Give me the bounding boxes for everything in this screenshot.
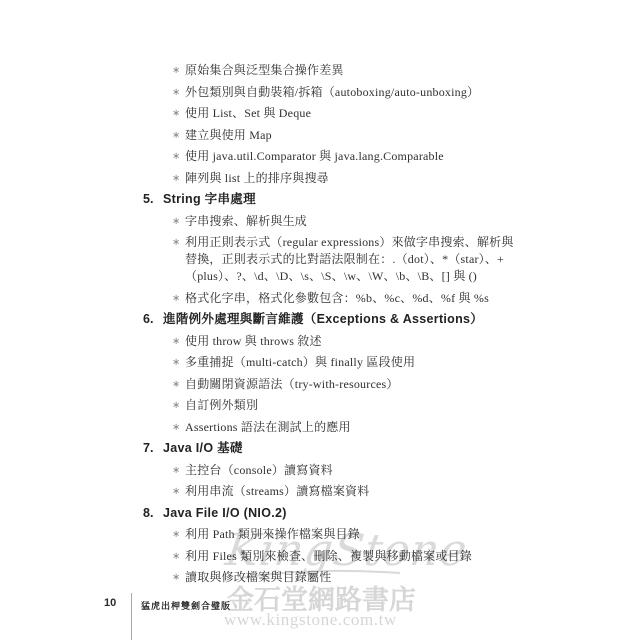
intro-bullet-list: ∗ 原始集合與泛型集合操作差異 ∗ 外包類別與自動裝箱/拆箱（autoboxin… [143,62,515,187]
footer-book-title: 猛虎出柙雙劍合璧版 [141,599,231,612]
bullet-label: 使用 java.util.Comparator 與 java.lang.Comp… [185,148,515,165]
section-number: 8. [143,505,163,522]
bullet-label: 主控台（console）讀寫資料 [185,462,515,479]
bullet-label: 使用 throw 與 throws 敘述 [185,333,515,350]
section-heading: 8. Java File I/O (NIO.2) [143,505,515,522]
section-exceptions: 6. 進階例外處理與斷言維護（Exceptions & Assertions） … [143,311,515,436]
bullet-icon: ∗ [172,376,185,393]
list-item: ∗ 讀取與修改檔案與目錄屬性 [172,569,515,586]
section-number: 7. [143,440,163,457]
list-item: ∗ 利用串流（streams）讀寫檔案資料 [172,483,515,500]
bullet-icon: ∗ [172,462,185,479]
list-item: ∗ Assertions 語法在測試上的應用 [172,419,515,436]
section-bullet-list: ∗ 字串搜索、解析與生成 ∗ 利用正則表示式（regular expressio… [143,213,515,307]
list-item: ∗ 自訂例外類別 [172,397,515,414]
list-item: ∗ 陣列與 list 上的排序與搜尋 [172,170,515,187]
section-number: 5. [143,191,163,208]
section-java-io: 7. Java I/O 基礎 ∗ 主控台（console）讀寫資料 ∗ 利用串流… [143,440,515,500]
list-item: ∗ 多重捕捉（multi-catch）與 finally 區段使用 [172,354,515,371]
section-java-file-io: 8. Java File I/O (NIO.2) ∗ 利用 Path 類別來操作… [143,505,515,587]
bullet-icon: ∗ [172,419,185,436]
bullet-label: 格式化字串，格式化參數包含：%b、%c、%d、%f 與 %s [185,290,515,307]
bullet-icon: ∗ [172,105,185,122]
section-bullet-list: ∗ 利用 Path 類別來操作檔案與目錄 ∗ 利用 Files 類別來檢查、刪除… [143,526,515,586]
bullet-icon: ∗ [172,483,185,500]
bullet-icon: ∗ [172,333,185,350]
bullet-label: 建立與使用 Map [185,127,515,144]
list-item: ∗ 使用 List、Set 與 Deque [172,105,515,122]
bullet-icon: ∗ [172,354,185,371]
list-item: ∗ 字串搜索、解析與生成 [172,213,515,230]
section-number: 6. [143,311,163,328]
bullet-label: 原始集合與泛型集合操作差異 [185,62,515,79]
bullet-label: Assertions 語法在測試上的應用 [185,419,515,436]
page-number: 10 [104,597,126,609]
bullet-icon: ∗ [172,62,185,79]
footer-divider [131,593,132,640]
list-item: ∗ 利用 Path 類別來操作檔案與目錄 [172,526,515,543]
section-heading: 6. 進階例外處理與斷言維護（Exceptions & Assertions） [143,311,515,328]
list-item: ∗ 建立與使用 Map [172,127,515,144]
list-item: ∗ 自動關閉資源語法（try-with-resources） [172,376,515,393]
bullet-icon: ∗ [172,569,185,586]
bullet-label: 讀取與修改檔案與目錄屬性 [185,569,515,586]
bullet-icon: ∗ [172,526,185,543]
bullet-icon: ∗ [172,170,185,187]
page-footer: 10 猛虎出柙雙劍合璧版 [0,593,640,640]
bullet-icon: ∗ [172,397,185,414]
bullet-icon: ∗ [172,234,185,285]
list-item: ∗ 使用 java.util.Comparator 與 java.lang.Co… [172,148,515,165]
bullet-icon: ∗ [172,213,185,230]
bullet-label: 利用 Path 類別來操作檔案與目錄 [185,526,515,543]
bullet-icon: ∗ [172,290,185,307]
bullet-label: 外包類別與自動裝箱/拆箱（autoboxing/auto-unboxing） [185,84,515,101]
bullet-label: 陣列與 list 上的排序與搜尋 [185,170,515,187]
list-item: ∗ 主控台（console）讀寫資料 [172,462,515,479]
list-item: ∗ 利用 Files 類別來檢查、刪除、複製與移動檔案或目錄 [172,548,515,565]
bullet-icon: ∗ [172,84,185,101]
section-title: Java I/O 基礎 [163,440,515,457]
section-title: String 字串處理 [163,191,515,208]
list-item: ∗ 利用正則表示式（regular expressions）來做字串搜索、解析與… [172,234,515,285]
section-heading: 5. String 字串處理 [143,191,515,208]
bullet-label: 使用 List、Set 與 Deque [185,105,515,122]
section-bullet-list: ∗ 主控台（console）讀寫資料 ∗ 利用串流（streams）讀寫檔案資料 [143,462,515,501]
section-string: 5. String 字串處理 ∗ 字串搜索、解析與生成 ∗ 利用正則表示式（re… [143,191,515,307]
bullet-label: 字串搜索、解析與生成 [185,213,515,230]
section-title: 進階例外處理與斷言維護（Exceptions & Assertions） [163,311,515,328]
bullet-label: 利用串流（streams）讀寫檔案資料 [185,483,515,500]
section-bullet-list: ∗ 使用 throw 與 throws 敘述 ∗ 多重捕捉（multi-catc… [143,333,515,436]
list-item: ∗ 使用 throw 與 throws 敘述 [172,333,515,350]
bullet-icon: ∗ [172,548,185,565]
bullet-label: 利用 Files 類別來檢查、刪除、複製與移動檔案或目錄 [185,548,515,565]
section-heading: 7. Java I/O 基礎 [143,440,515,457]
bullet-label: 自動關閉資源語法（try-with-resources） [185,376,515,393]
section-title: Java File I/O (NIO.2) [163,505,515,522]
bullet-label: 自訂例外類別 [185,397,515,414]
outline-content: ∗ 原始集合與泛型集合操作差異 ∗ 外包類別與自動裝箱/拆箱（autoboxin… [143,62,515,591]
bullet-label: 多重捕捉（multi-catch）與 finally 區段使用 [185,354,515,371]
bullet-icon: ∗ [172,148,185,165]
list-item: ∗ 格式化字串，格式化參數包含：%b、%c、%d、%f 與 %s [172,290,515,307]
bullet-label: 利用正則表示式（regular expressions）來做字串搜索、解析與替換… [185,234,515,285]
book-page: ∗ 原始集合與泛型集合操作差異 ∗ 外包類別與自動裝箱/拆箱（autoboxin… [0,0,640,640]
bullet-icon: ∗ [172,127,185,144]
list-item: ∗ 外包類別與自動裝箱/拆箱（autoboxing/auto-unboxing） [172,84,515,101]
list-item: ∗ 原始集合與泛型集合操作差異 [172,62,515,79]
